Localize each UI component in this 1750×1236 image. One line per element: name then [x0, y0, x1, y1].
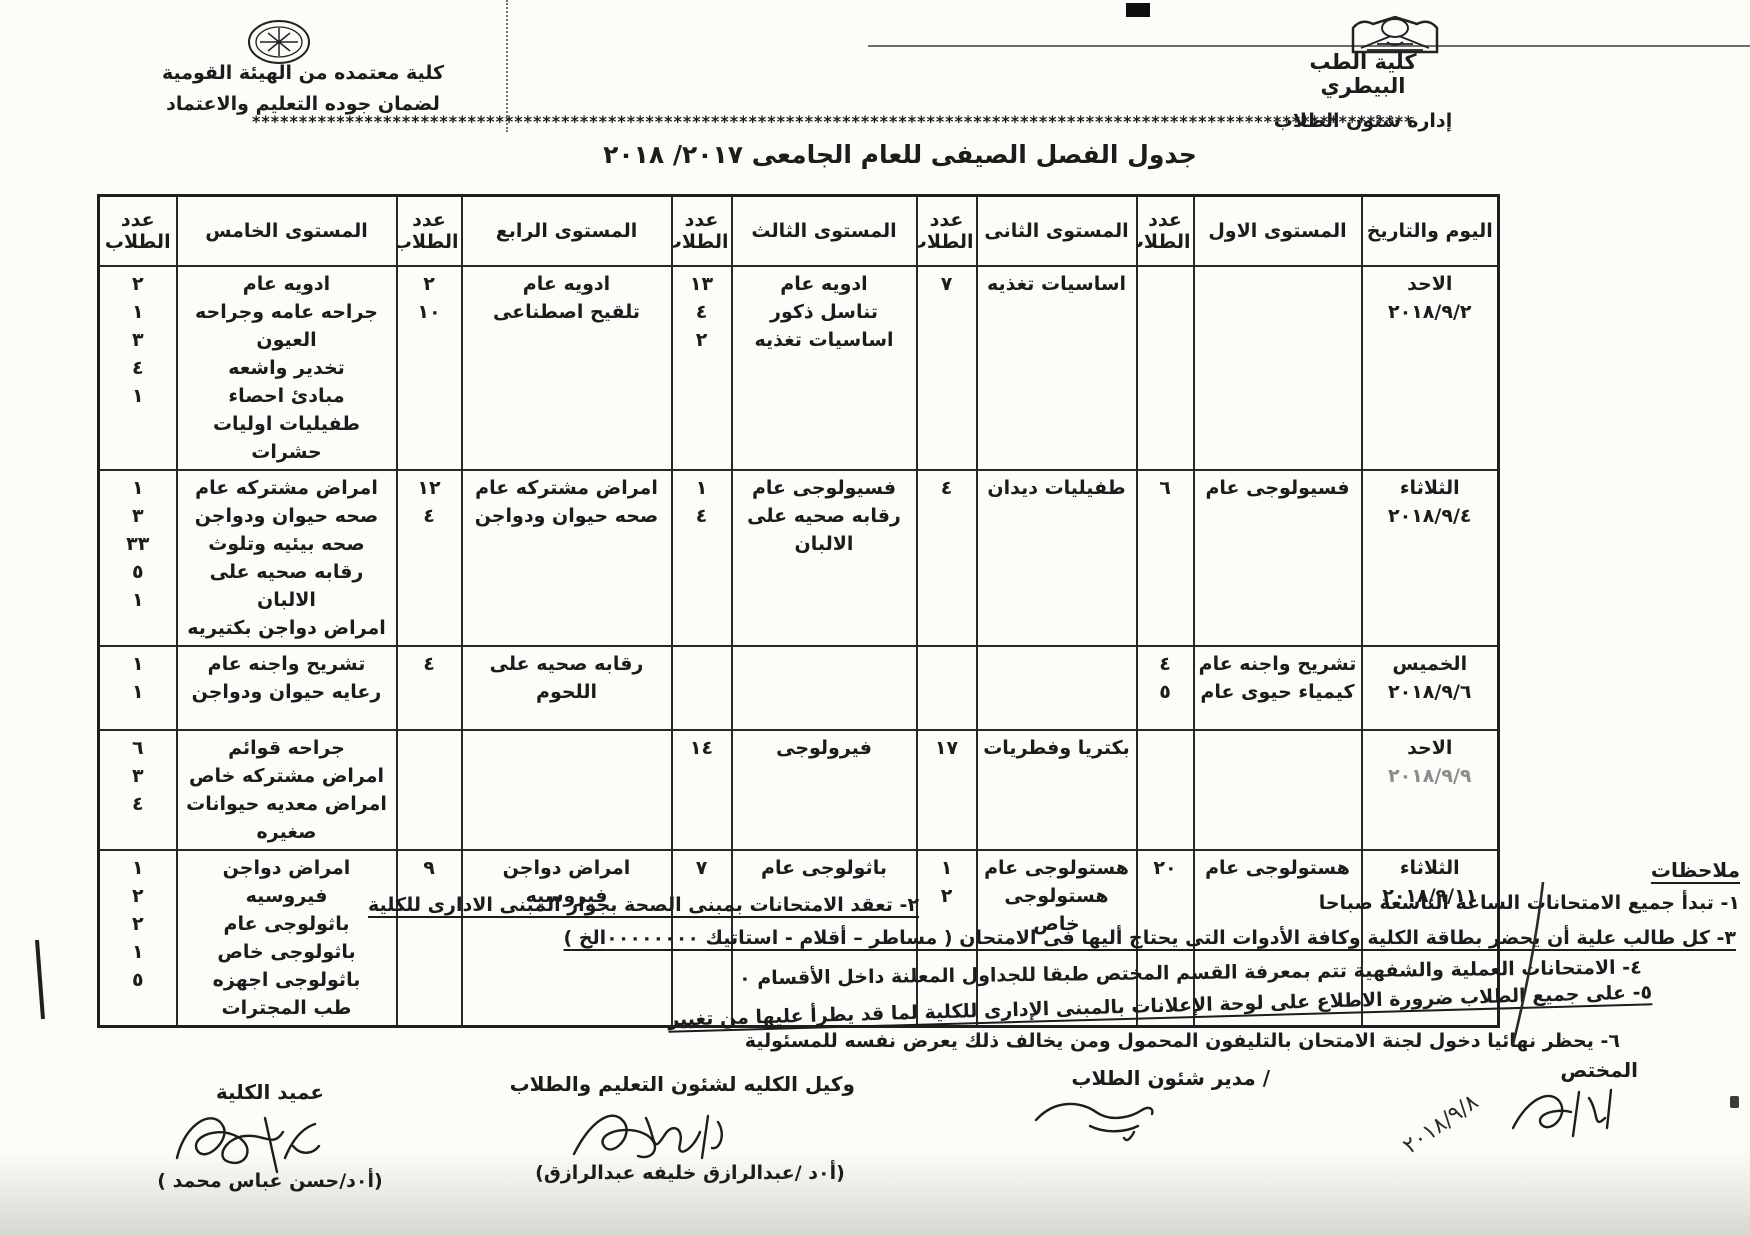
- level3-counts-cell: [672, 646, 732, 730]
- subject: طب المجترات: [180, 994, 394, 1022]
- subject: رقابه صحيه على اللحوم: [465, 650, 669, 706]
- dean-name: (أ٠د/حسن عباس محمد ): [130, 1170, 410, 1192]
- student-count: ١: [102, 854, 174, 882]
- level1-subjects-cell: [1194, 266, 1362, 470]
- subject: امراض مشتركه عام: [180, 474, 394, 502]
- header-day-date: اليوم والتاريخ: [1362, 196, 1499, 267]
- subject: صحه بيئيه وتلوث: [180, 530, 394, 558]
- header-count-1: عدد الطلاب: [1137, 196, 1194, 267]
- subject: كيمياء حيوى عام: [1197, 678, 1359, 706]
- student-count: ٤: [400, 502, 459, 530]
- scan-black-mark: [1126, 3, 1150, 17]
- level2-subjects-cell: اساسيات تغذيه: [977, 266, 1137, 470]
- subject: رقابه صحيه على الالبان: [735, 502, 914, 558]
- header-level-5: المستوى الخامس: [177, 196, 397, 267]
- subject: صحه حيوان ودواجن: [465, 502, 669, 530]
- subject: رقابه صحيه على الالبان: [180, 558, 394, 614]
- subject: طفيليات اوليات حشرات: [180, 410, 394, 466]
- student-count: ١٢: [400, 474, 459, 502]
- subject: مبادئ احصاء: [180, 382, 394, 410]
- subject: ادويه عام: [735, 270, 914, 298]
- subject: اساسيات تغذيه: [735, 326, 914, 354]
- level4-counts-cell: ٩: [397, 850, 462, 1027]
- subject: جراحه عامه وجراحه العيون: [180, 298, 394, 354]
- level4-counts-cell: [397, 730, 462, 850]
- level2-subjects-cell: بكتريا وفطريات: [977, 730, 1137, 850]
- notes-heading: ملاحظات: [1651, 858, 1740, 882]
- header-level-3: المستوى الثالث: [732, 196, 917, 267]
- level4-counts-cell: ١٢٤: [397, 470, 462, 646]
- subject: بكتريا وفطريات: [980, 734, 1134, 762]
- level3-subjects-cell: فسيولوجى عامرقابه صحيه على الالبان: [732, 470, 917, 646]
- level5-counts-cell: ١٣٣٣٥١: [99, 470, 177, 646]
- header-level-4: المستوى الرابع: [462, 196, 672, 267]
- level5-subjects-cell: جراحه قوائمامراض مشتركه خاصامراض معديه ح…: [177, 730, 397, 850]
- student-count: ٢: [400, 270, 459, 298]
- level5-counts-cell: ١٢٢١٥: [99, 850, 177, 1027]
- specialist-signature: [1495, 1078, 1625, 1148]
- student-count: ١: [102, 678, 174, 706]
- student-count: ١: [102, 938, 174, 966]
- student-affairs-director-title: / مدير شئون الطلاب: [1071, 1066, 1270, 1090]
- level5-counts-cell: ٢١٣٤١: [99, 266, 177, 470]
- pen-stroke-mark: [1495, 878, 1555, 1048]
- student-count: ٤: [400, 650, 459, 678]
- level4-counts-cell: ٢١٠: [397, 266, 462, 470]
- level1-counts-cell: [1137, 266, 1194, 470]
- student-count: ٢: [102, 882, 174, 910]
- margin-pen-mark: [28, 935, 52, 1025]
- level3-subjects-cell: فيرولوجى: [732, 730, 917, 850]
- table-row: الخميس٢٠١٨/٩/٦ تشريح واجنه عامكيمياء حيو…: [99, 646, 1499, 730]
- level5-counts-cell: ١١: [99, 646, 177, 730]
- day-date-cell: الخميس٢٠١٨/٩/٦: [1362, 646, 1499, 730]
- student-affairs-director-signature: [1030, 1088, 1160, 1143]
- subject: تخدير واشعه: [180, 354, 394, 382]
- subject: امراض مشتركه خاص: [180, 762, 394, 790]
- student-count: ١٠: [400, 298, 459, 326]
- level5-subjects-cell: ادويه عامجراحه عامه وجراحه العيونتخدير و…: [177, 266, 397, 470]
- student-count: ٥: [102, 966, 174, 994]
- student-count: ٤: [102, 790, 174, 818]
- subject: امراض دواجن بكتيريه: [180, 614, 394, 642]
- level5-subjects-cell: امراض دواجن فيروسيهباثولوجى عامباثولوجى …: [177, 850, 397, 1027]
- subject: هستولوجى عام: [980, 854, 1134, 882]
- subject: امراض مشتركه عام: [465, 474, 669, 502]
- student-count: ٥: [1140, 678, 1191, 706]
- day-line: الثلاثاء: [1365, 854, 1496, 882]
- scan-horizontal-line: [868, 45, 1750, 47]
- student-count: ٤: [675, 502, 729, 530]
- student-count: ١٧: [920, 734, 974, 762]
- scanned-exam-schedule-page: { "header": { "right": {"faculty": "كلية…: [0, 0, 1750, 1236]
- vice-dean-signature: [560, 1092, 740, 1172]
- subject: جراحه قوائم: [180, 734, 394, 762]
- student-count: ٣٣: [102, 530, 174, 558]
- subject: صحه حيوان ودواجن: [180, 502, 394, 530]
- student-count: ٣: [102, 326, 174, 354]
- student-count: ٧: [920, 270, 974, 298]
- student-count: ١: [102, 382, 174, 410]
- level2-counts-cell: [917, 646, 977, 730]
- subject: طفيليات ديدان: [980, 474, 1134, 502]
- student-count: ٣: [102, 502, 174, 530]
- subject: ادويه عام: [465, 270, 669, 298]
- student-count: ١: [102, 650, 174, 678]
- subject: باثولوجى اجهزه: [180, 966, 394, 994]
- level3-subjects-cell: ادويه عامتناسل ذكوراساسيات تغذيه: [732, 266, 917, 470]
- student-count: ٢: [102, 270, 174, 298]
- dean-signature: [165, 1098, 340, 1178]
- subject: رعايه حيوان ودواجن: [180, 678, 394, 706]
- day-line: ٢٠١٨/٩/٦: [1365, 678, 1496, 706]
- student-count: ٦: [102, 734, 174, 762]
- day-line: ٢٠١٨/٩/٩: [1365, 762, 1496, 790]
- level4-subjects-cell: امراض مشتركه عامصحه حيوان ودواجن: [462, 470, 672, 646]
- day-line: ٢٠١٨/٩/٢: [1365, 298, 1496, 326]
- subject: فيرولوجى: [735, 734, 914, 762]
- student-count: ١: [675, 474, 729, 502]
- student-count: ٤: [102, 354, 174, 382]
- faculty-name: كلية الطب البيطري: [1268, 50, 1458, 98]
- level2-counts-cell: ١٧: [917, 730, 977, 850]
- student-count: ٢٠: [1140, 854, 1191, 882]
- subject: باثولوجى عام: [180, 910, 394, 938]
- level5-counts-cell: ٦٣٤: [99, 730, 177, 850]
- student-count: ٥: [102, 558, 174, 586]
- table-row: الثلاثاء٢٠١٨/٩/٤ فسيولوجى عام ٦ طفيليات …: [99, 470, 1499, 646]
- level1-counts-cell: ٦: [1137, 470, 1194, 646]
- day-line: الثلاثاء: [1365, 474, 1496, 502]
- faculty-emblem-icon: [1347, 14, 1443, 54]
- scan-edge-mark: [1730, 1096, 1739, 1108]
- header-count-4: عدد الطلاب: [397, 196, 462, 267]
- level4-subjects-cell: رقابه صحيه على اللحوم: [462, 646, 672, 730]
- subject: امراض دواجن فيروسيه: [180, 854, 394, 910]
- note-6: ٦- يحظر نهائيا دخول لجنة الامتحان بالتلي…: [745, 1030, 1620, 1052]
- note-3: ٣- كل طالب علية أن يحضر بطاقة الكلية وكا…: [564, 927, 1736, 949]
- level1-counts-cell: [1137, 730, 1194, 850]
- student-count: ٢: [102, 910, 174, 938]
- level3-subjects-cell: [732, 646, 917, 730]
- subject: باثولوجى عام: [735, 854, 914, 882]
- student-count: ١: [920, 854, 974, 882]
- page-title: جدول الفصل الصيفى للعام الجامعى ٢٠١٧/ ٢٠…: [350, 140, 1450, 169]
- level5-subjects-cell: تشريح واجنه عامرعايه حيوان ودواجن: [177, 646, 397, 730]
- day-date-cell: الاحد٢٠١٨/٩/٩: [1362, 730, 1499, 850]
- student-count: ١: [102, 298, 174, 326]
- student-count: ٤: [920, 474, 974, 502]
- subject: اساسيات تغذيه: [980, 270, 1134, 298]
- day-line: الاحد: [1365, 270, 1496, 298]
- accreditation-line1: كلية معتمده من الهيئة القومية: [158, 62, 448, 84]
- day-line: ٢٠١٨/٩/٤: [1365, 502, 1496, 530]
- subject: امراض معديه حيوانات صغيره: [180, 790, 394, 846]
- student-count: ٤: [675, 298, 729, 326]
- student-count: ١٤: [675, 734, 729, 762]
- vice-dean-name: (أ٠د /عبدالرازق خليفه عبدالرازق): [510, 1162, 870, 1184]
- student-count: ٢: [920, 882, 974, 910]
- day-line: الخميس: [1365, 650, 1496, 678]
- header-count-2: عدد الطلاب: [917, 196, 977, 267]
- subject: هستولوجى عام: [1197, 854, 1359, 882]
- student-count: ٧: [675, 854, 729, 882]
- table-header-row: اليوم والتاريخ المستوى الاول عدد الطلاب …: [99, 196, 1499, 267]
- level1-subjects-cell: تشريح واجنه عامكيمياء حيوى عام: [1194, 646, 1362, 730]
- subject: فسيولوجى عام: [1197, 474, 1359, 502]
- subject: ادويه عام: [180, 270, 394, 298]
- asterisk-separator: ****************************************…: [252, 112, 1412, 131]
- student-count: ١: [102, 586, 174, 614]
- subject: تلقيح اصطناعى: [465, 298, 669, 326]
- student-count: ٤: [1140, 650, 1191, 678]
- level3-counts-cell: ١٣٤٢: [672, 266, 732, 470]
- student-count: ١: [102, 474, 174, 502]
- level3-counts-cell: ١٤: [672, 730, 732, 850]
- level5-subjects-cell: امراض مشتركه عامصحه حيوان ودواجنصحه بيئي…: [177, 470, 397, 646]
- subject: تناسل ذكور: [735, 298, 914, 326]
- level4-subjects-cell: ادويه عامتلقيح اصطناعى: [462, 266, 672, 470]
- header-count-3: عدد الطلاب: [672, 196, 732, 267]
- level2-subjects-cell: [977, 646, 1137, 730]
- note-2: ٢- تعقد الامتحانات بمبنى الصحة بجوار الم…: [368, 894, 919, 916]
- header-count-5: عدد الطلاب: [99, 196, 177, 267]
- header-level-2: المستوى الثانى: [977, 196, 1137, 267]
- day-date-cell: الثلاثاء٢٠١٨/٩/٤: [1362, 470, 1499, 646]
- level2-subjects-cell: طفيليات ديدان: [977, 470, 1137, 646]
- level1-subjects-cell: فسيولوجى عام: [1194, 470, 1362, 646]
- subject: تشريح واجنه عام: [1197, 650, 1359, 678]
- level4-subjects-cell: [462, 730, 672, 850]
- table-row: الاحد٢٠١٨/٩/٢ اساسيات تغذيه ٧ ادويه عامت…: [99, 266, 1499, 470]
- level1-counts-cell: ٤٥: [1137, 646, 1194, 730]
- level2-counts-cell: ٤: [917, 470, 977, 646]
- accreditation-seal-icon: [246, 18, 312, 66]
- table-row: الاحد٢٠١٨/٩/٩ بكتريا وفطريات ١٧ فيرولوجى…: [99, 730, 1499, 850]
- level3-counts-cell: ١٤: [672, 470, 732, 646]
- student-count: ٢: [675, 326, 729, 354]
- header-level-1: المستوى الاول: [1194, 196, 1362, 267]
- level1-subjects-cell: [1194, 730, 1362, 850]
- day-line: الاحد: [1365, 734, 1496, 762]
- day-date-cell: الاحد٢٠١٨/٩/٢: [1362, 266, 1499, 470]
- student-count: ١٣: [675, 270, 729, 298]
- student-count: ٦: [1140, 474, 1191, 502]
- level2-counts-cell: ٧: [917, 266, 977, 470]
- level4-counts-cell: ٤: [397, 646, 462, 730]
- subject: باثولوجى خاص: [180, 938, 394, 966]
- student-count: ٩: [400, 854, 459, 882]
- handwritten-date: ٢٠١٨/٩/٨: [1399, 1090, 1484, 1160]
- student-count: ٣: [102, 762, 174, 790]
- accreditation-header: كلية معتمده من الهيئة القومية لضمان جوده…: [158, 62, 448, 115]
- subject: فسيولوجى عام: [735, 474, 914, 502]
- subject: تشريح واجنه عام: [180, 650, 394, 678]
